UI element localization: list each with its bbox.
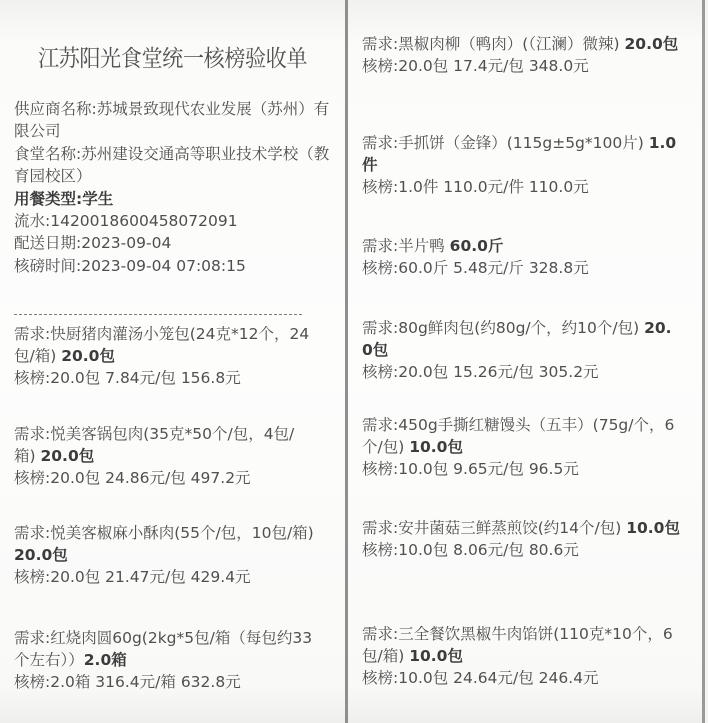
req-label: 需求: <box>362 134 398 152</box>
req-qty: 60.0斤 <box>450 237 504 255</box>
req-label: 需求: <box>362 35 398 53</box>
item-name: 安井菌菇三鲜蒸煎饺(约14个/包) <box>398 519 626 537</box>
item-name: 快厨猪肉灌汤小笼包(24克*12个，24包/箱) <box>14 325 309 365</box>
weigh-time: 核磅时间:2023-09-04 07:08:15 <box>14 255 332 277</box>
item-check: 核榜:20.0包 24.86元/包 497.2元 <box>14 467 314 489</box>
req-label: 需求: <box>362 237 398 255</box>
req-qty: 20.0包 <box>625 35 679 53</box>
canteen-name: 食堂名称:苏州建设交通高等职业技术学校（教育园校区） <box>14 143 332 188</box>
req-label: 需求: <box>14 325 50 343</box>
item-requirement: 需求:450g手撕红糖馒头（五丰）(75g/个，6个/包) 10.0包 <box>362 414 680 458</box>
item-check: 核榜:10.0包 24.64元/包 246.4元 <box>362 667 680 689</box>
item-check: 核榜:20.0包 7.84元/包 156.8元 <box>14 367 314 389</box>
req-label: 需求: <box>362 625 398 643</box>
item-check: 核榜:20.0包 21.47元/包 429.4元 <box>14 566 314 588</box>
supplier-name: 供应商名称:苏城景致现代农业发展（苏州）有限公司 <box>14 98 332 143</box>
req-qty: 10.0包 <box>409 647 463 665</box>
item-check: 核榜:10.0包 9.65元/包 96.5元 <box>362 458 680 480</box>
item-check: 核榜:20.0包 17.4元/包 348.0元 <box>362 55 680 77</box>
req-qty: 10.0包 <box>626 519 680 537</box>
line-item: 需求:半片鸭 60.0斤 核榜:60.0斤 5.48元/斤 328.8元 <box>362 235 680 279</box>
line-item: 需求:80g鲜肉包(约80g/个，约10个/包) 20.0包 核榜:20.0包 … <box>362 317 680 383</box>
item-check: 核榜:10.0包 8.06元/包 80.6元 <box>362 539 680 561</box>
item-requirement: 需求:红烧肉圆60g(2kg*5包/箱（每包约33个左右））2.0箱 <box>14 627 314 671</box>
dashed-divider <box>14 314 302 315</box>
serial-number: 流水:1420018600458072091 <box>14 210 332 232</box>
line-item: 需求:黑椒肉柳（鸭肉）(（江澜）微辣) 20.0包 核榜:20.0包 17.4元… <box>362 33 680 77</box>
item-name: 80g鲜肉包(约80g/个，约10个/包) <box>398 319 644 337</box>
item-check: 核榜:1.0件 110.0元/件 110.0元 <box>362 176 680 198</box>
item-requirement: 需求:黑椒肉柳（鸭肉）(（江澜）微辣) 20.0包 <box>362 33 680 55</box>
item-requirement: 需求:悦美客锅包肉(35克*50个/包，4包/箱) 20.0包 <box>14 423 314 467</box>
receipt-strip-left: 江苏阳光食堂统一核榜验收单 供应商名称:苏城景致现代农业发展（苏州）有限公司 食… <box>0 0 345 723</box>
receipt-header-info: 供应商名称:苏城景致现代农业发展（苏州）有限公司 食堂名称:苏州建设交通高等职业… <box>14 98 332 277</box>
item-requirement: 需求:手抓饼（金锋）(115g±5g*100片) 1.0件 <box>362 132 680 176</box>
req-label: 需求: <box>14 425 50 443</box>
item-check: 核榜:20.0包 15.26元/包 305.2元 <box>362 361 680 383</box>
item-requirement: 需求:半片鸭 60.0斤 <box>362 235 680 257</box>
line-item: 需求:快厨猪肉灌汤小笼包(24克*12个，24包/箱) 20.0包 核榜:20.… <box>14 323 314 389</box>
req-qty: 10.0包 <box>409 438 463 456</box>
item-name: 红烧肉圆60g(2kg*5包/箱（每包约33个左右）） <box>14 629 312 669</box>
item-check: 核榜:60.0斤 5.48元/斤 328.8元 <box>362 257 680 279</box>
meal-type: 用餐类型:学生 <box>14 188 332 210</box>
req-label: 需求: <box>14 524 50 542</box>
item-name: 半片鸭 <box>398 237 449 255</box>
item-requirement: 需求:快厨猪肉灌汤小笼包(24克*12个，24包/箱) 20.0包 <box>14 323 314 367</box>
req-label: 需求: <box>362 519 398 537</box>
item-requirement: 需求:安井菌菇三鲜蒸煎饺(约14个/包) 10.0包 <box>362 517 680 539</box>
req-label: 需求: <box>362 416 398 434</box>
receipt-strip-right: 需求:黑椒肉柳（鸭肉）(（江澜）微辣) 20.0包 核榜:20.0包 17.4元… <box>345 0 705 723</box>
line-item: 需求:悦美客锅包肉(35克*50个/包，4包/箱) 20.0包 核榜:20.0包… <box>14 423 314 489</box>
req-qty: 20.0包 <box>61 347 115 365</box>
item-name: 手抓饼（金锋）(115g±5g*100片) <box>398 134 648 152</box>
line-item: 需求:悦美客椒麻小酥肉(55个/包，10包/箱) 20.0包 核榜:20.0包 … <box>14 522 314 588</box>
delivery-date: 配送日期:2023-09-04 <box>14 232 332 254</box>
line-item: 需求:安井菌菇三鲜蒸煎饺(约14个/包) 10.0包 核榜:10.0包 8.06… <box>362 517 680 561</box>
line-item: 需求:450g手撕红糖馒头（五丰）(75g/个，6个/包) 10.0包 核榜:1… <box>362 414 680 480</box>
req-label: 需求: <box>362 319 398 337</box>
line-item: 需求:手抓饼（金锋）(115g±5g*100片) 1.0件 核榜:1.0件 11… <box>362 132 680 198</box>
line-item: 需求:三全餐饮黑椒牛肉馅饼(110克*10个，6包/箱) 10.0包 核榜:10… <box>362 623 680 689</box>
req-qty: 20.0包 <box>40 447 94 465</box>
item-requirement: 需求:80g鲜肉包(约80g/个，约10个/包) 20.0包 <box>362 317 680 361</box>
req-qty: 2.0箱 <box>84 651 127 669</box>
line-item: 需求:红烧肉圆60g(2kg*5包/箱（每包约33个左右））2.0箱 核榜:2.… <box>14 627 314 693</box>
item-requirement: 需求:悦美客椒麻小酥肉(55个/包，10包/箱) 20.0包 <box>14 522 314 566</box>
req-label: 需求: <box>14 629 50 647</box>
item-name: 悦美客椒麻小酥肉(55个/包，10包/箱) <box>50 524 314 542</box>
req-qty: 20.0包 <box>14 546 68 564</box>
item-check: 核榜:2.0箱 316.4元/箱 632.8元 <box>14 671 314 693</box>
item-requirement: 需求:三全餐饮黑椒牛肉馅饼(110克*10个，6包/箱) 10.0包 <box>362 623 680 667</box>
receipt-title: 江苏阳光食堂统一核榜验收单 <box>14 40 331 73</box>
item-name: 黑椒肉柳（鸭肉）(（江澜）微辣) <box>398 35 624 53</box>
